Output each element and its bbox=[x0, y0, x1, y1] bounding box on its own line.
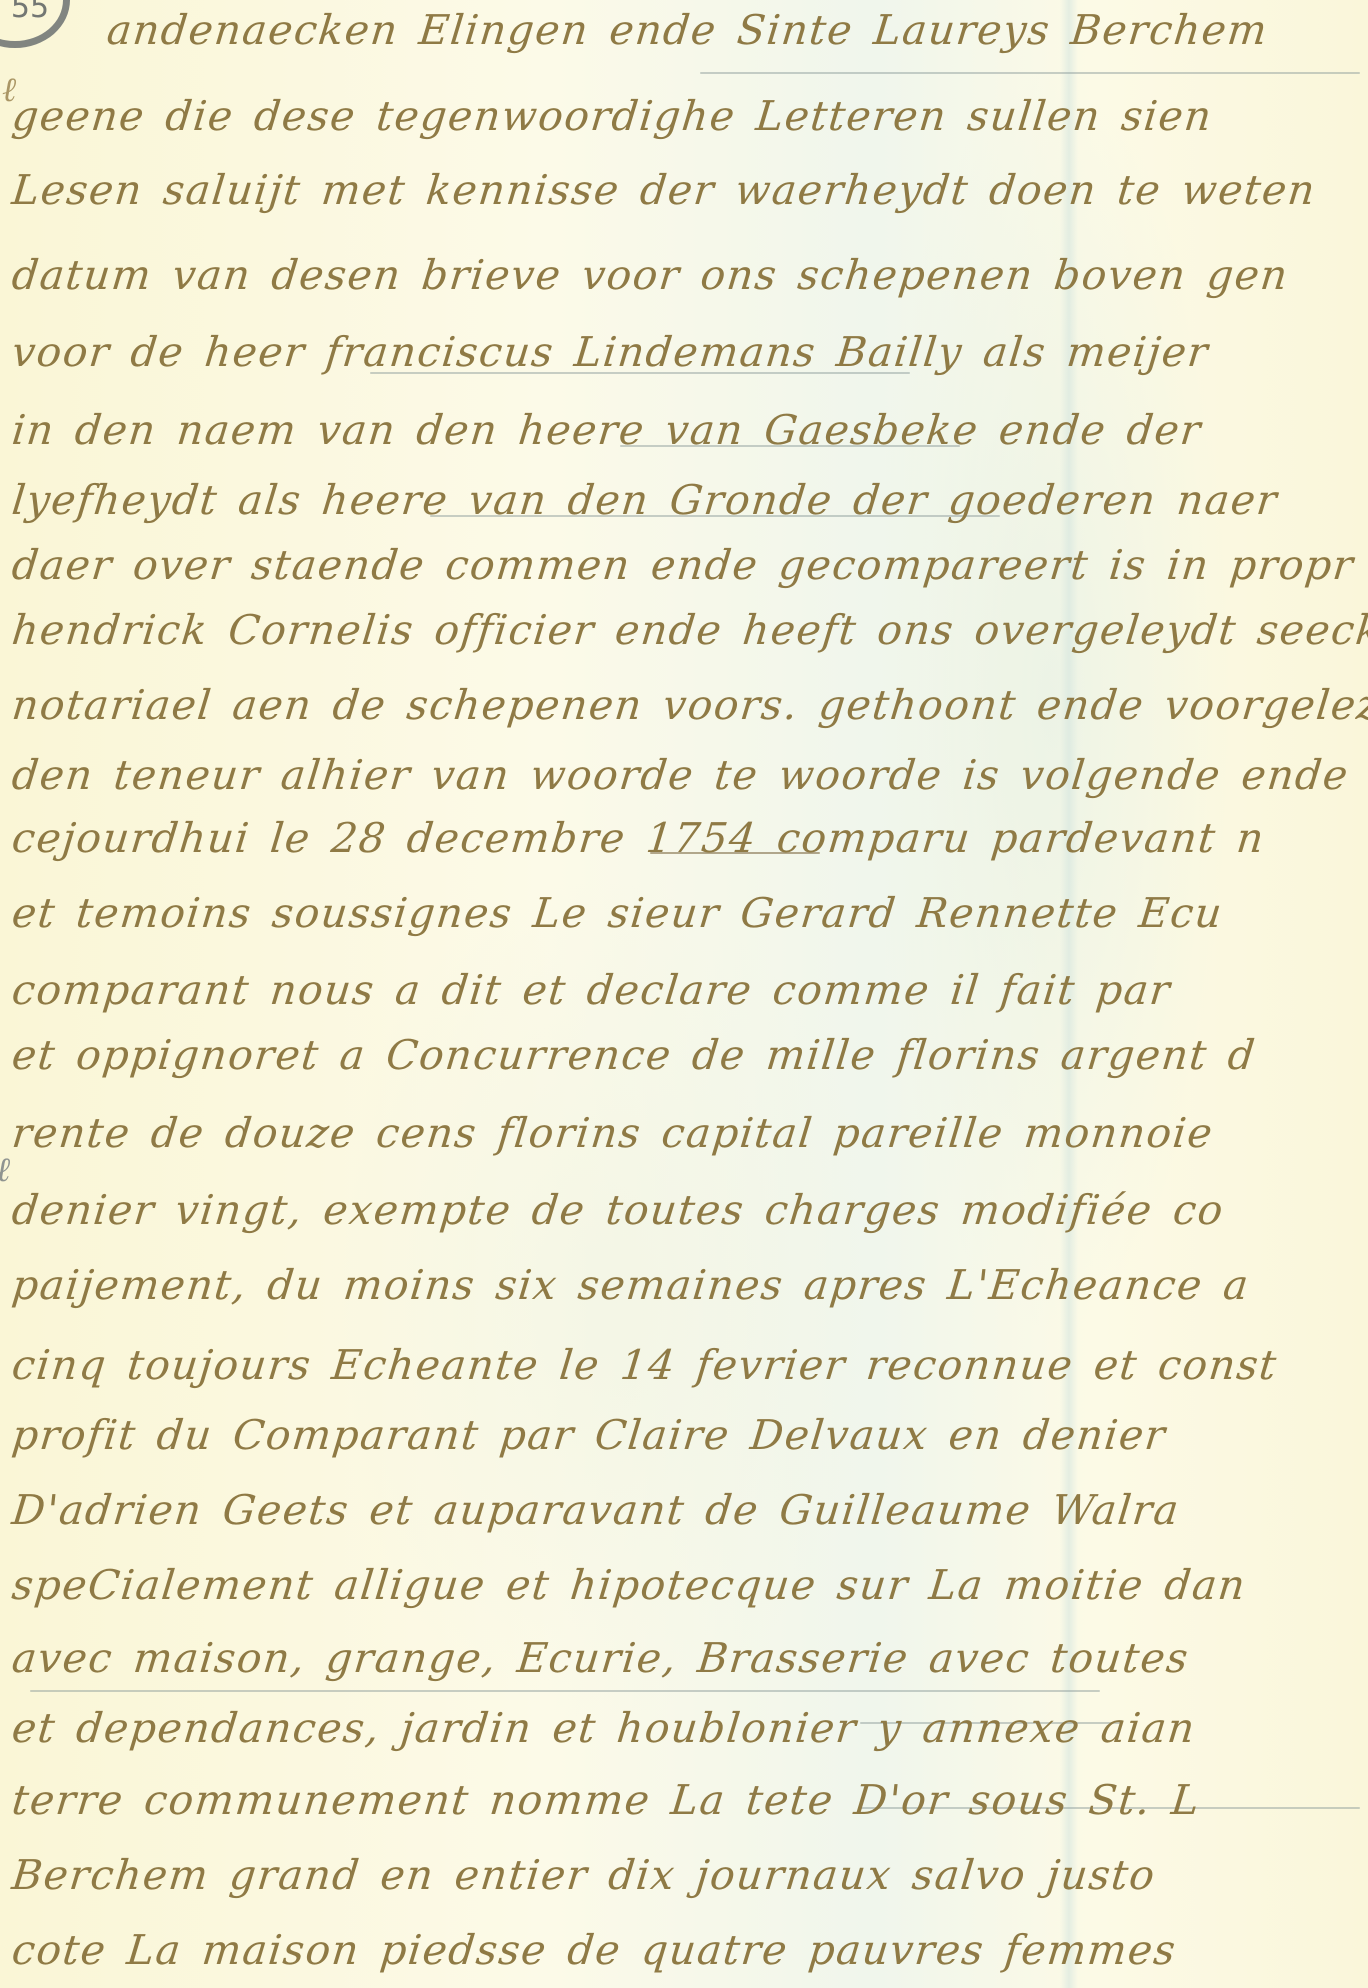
manuscript-text-block: andenaecken Elingen ende Sinte Laureys B… bbox=[0, 0, 1368, 1988]
manuscript-line: cinq toujours Echeante le 14 fevrier rec… bbox=[10, 1345, 1279, 1386]
manuscript-line: rente de douze cens florins capital pare… bbox=[10, 1113, 1215, 1154]
manuscript-line: geene die dese tegenwoordighe Letteren s… bbox=[10, 96, 1215, 137]
manuscript-line: notariael aen de schepenen voors. gethoo… bbox=[10, 685, 1368, 726]
manuscript-line: andenaecken Elingen ende Sinte Laureys B… bbox=[105, 10, 1270, 51]
manuscript-line: Berchem grand en entier dix journaux sal… bbox=[10, 1855, 1158, 1896]
manuscript-line: datum van desen brieve voor ons schepene… bbox=[10, 255, 1291, 296]
manuscript-line: daer over staende commen ende gecomparee… bbox=[10, 545, 1356, 586]
manuscript-line: voor de heer franciscus Lindemans Bailly… bbox=[10, 332, 1211, 373]
manuscript-line: paijement, du moins six semaines apres L… bbox=[10, 1265, 1252, 1306]
manuscript-line: D'adrien Geets et auparavant de Guilleau… bbox=[10, 1490, 1182, 1531]
manuscript-line: hendrick Cornelis officier ende heeft on… bbox=[10, 610, 1368, 651]
manuscript-line: cejourdhui le 28 decembre 1754 comparu p… bbox=[10, 818, 1267, 859]
manuscript-line: avec maison, grange, Ecurie, Brasserie a… bbox=[10, 1638, 1191, 1679]
manuscript-line: lyefheydt als heere van den Gronde der g… bbox=[10, 480, 1280, 521]
manuscript-line: in den naem van den heere van Gaesbeke e… bbox=[10, 410, 1204, 451]
manuscript-line: comparant nous a dit et declare comme il… bbox=[10, 970, 1173, 1011]
manuscript-line: cote La maison piedsse de quatre pauvres… bbox=[10, 1930, 1178, 1971]
manuscript-line: speCialement alligue et hipotecque sur L… bbox=[10, 1565, 1248, 1606]
manuscript-line: profit du Comparant par Claire Delvaux e… bbox=[10, 1415, 1168, 1456]
manuscript-line: terre communement nomme La tete D'or sou… bbox=[10, 1780, 1202, 1821]
manuscript-line: et dependances, jardin et houblonier y a… bbox=[10, 1708, 1198, 1749]
manuscript-line: et temoins soussignes Le sieur Gerard Re… bbox=[10, 893, 1225, 934]
manuscript-line: denier vingt, exempte de toutes charges … bbox=[10, 1190, 1226, 1231]
manuscript-line: Lesen saluijt met kennisse der waerheydt… bbox=[10, 170, 1318, 211]
manuscript-line: den teneur alhier van woorde te woorde i… bbox=[10, 755, 1351, 796]
manuscript-line: et oppignoret a Concurrence de mille flo… bbox=[10, 1035, 1258, 1076]
